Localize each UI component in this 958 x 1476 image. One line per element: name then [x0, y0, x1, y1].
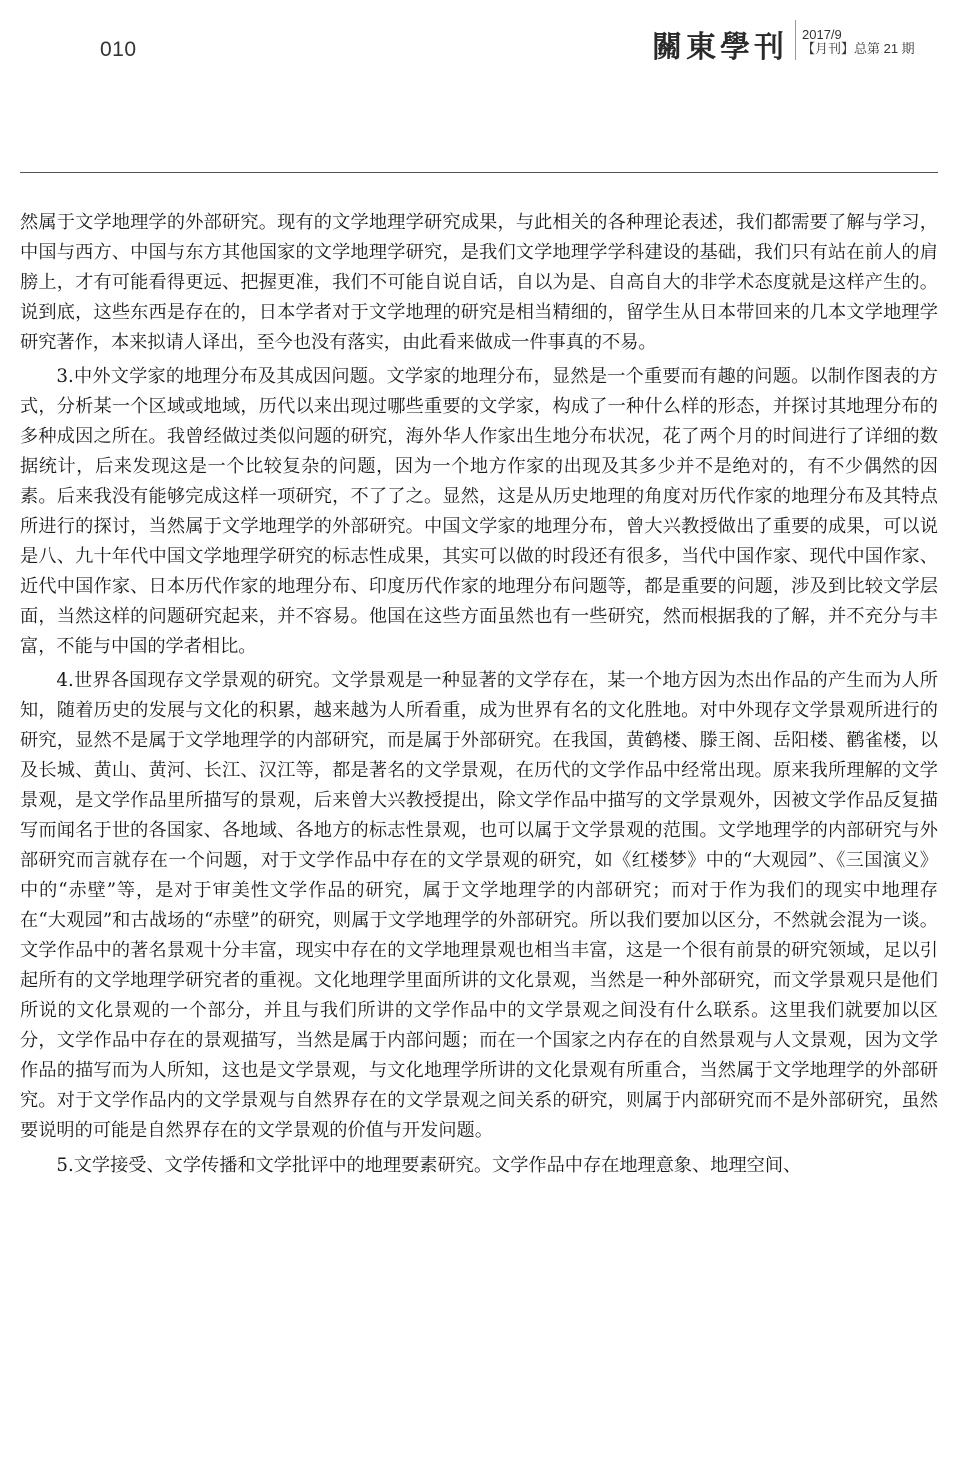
page-number: 010	[100, 38, 137, 62]
issue-date: 2017/9	[802, 28, 915, 42]
header-rule	[20, 172, 938, 173]
paragraph-section-5: 5.文学接受、文学传播和文学批评中的地理要素研究。文学作品中存在地理意象、地理空…	[20, 1151, 938, 1181]
issue-label: 【月刊】总第 21 期	[802, 42, 915, 56]
issue-info: 2017/9 【月刊】总第 21 期	[802, 28, 915, 56]
paragraph-section-4: 4.世界各国现存文学景观的研究。文学景观是一种显著的文学存在，某一个地方因为杰出…	[20, 666, 938, 1146]
header-divider	[795, 20, 796, 60]
article-body: 然属于文学地理学的外部研究。现有的文学地理学研究成果，与此相关的各种理论表述，我…	[20, 208, 938, 1185]
paragraph-continued: 然属于文学地理学的外部研究。现有的文学地理学研究成果，与此相关的各种理论表述，我…	[20, 208, 938, 358]
journal-title: 關東學刊	[652, 22, 788, 66]
paragraph-section-3: 3.中外文学家的地理分布及其成因问题。文学家的地理分布，显然是一个重要而有趣的问…	[20, 362, 938, 662]
